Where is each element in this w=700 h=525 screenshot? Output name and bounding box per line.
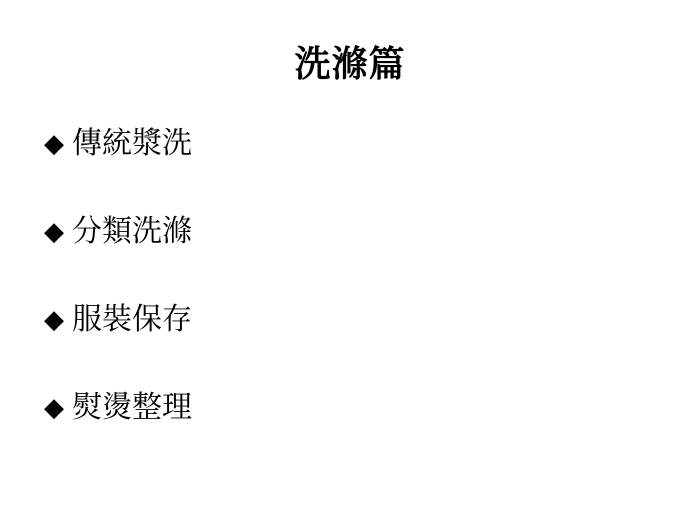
bullet-list: ◆ 傳統漿洗 ◆ 分類洗滌 ◆ 服裝保存 ◆ 熨燙整理 — [44, 122, 192, 474]
list-item-label: 傳統漿洗 — [72, 122, 192, 166]
list-item: ◆ 服裝保存 — [44, 298, 192, 342]
list-item: ◆ 分類洗滌 — [44, 210, 192, 254]
list-item-label: 服裝保存 — [72, 298, 192, 342]
list-item: ◆ 熨燙整理 — [44, 386, 192, 430]
list-item: ◆ 傳統漿洗 — [44, 122, 192, 166]
slide-title: 洗滌篇 — [0, 38, 700, 90]
slide: 洗滌篇 ◆ 傳統漿洗 ◆ 分類洗滌 ◆ 服裝保存 ◆ 熨燙整理 — [0, 0, 700, 525]
diamond-bullet-icon: ◆ — [44, 122, 72, 166]
diamond-bullet-icon: ◆ — [44, 298, 72, 342]
list-item-label: 熨燙整理 — [72, 386, 192, 430]
diamond-bullet-icon: ◆ — [44, 210, 72, 254]
diamond-bullet-icon: ◆ — [44, 386, 72, 430]
list-item-label: 分類洗滌 — [72, 210, 192, 254]
